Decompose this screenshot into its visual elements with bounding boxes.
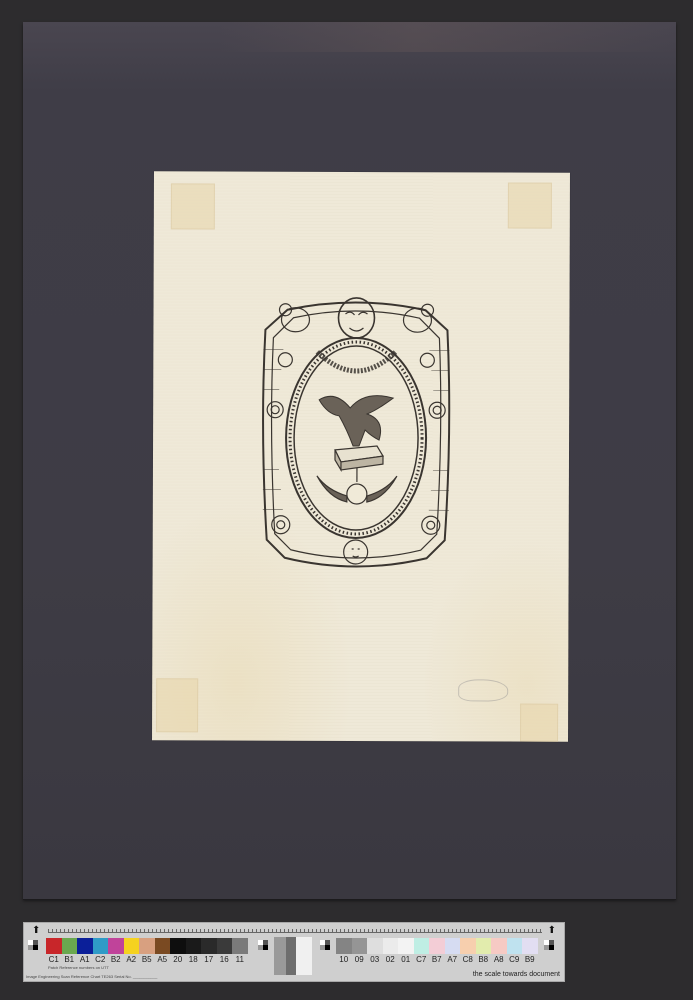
patch-c1 — [46, 938, 62, 954]
up-arrow-icon: ⬆ — [32, 926, 40, 936]
patch-a2 — [124, 938, 140, 954]
patch-c8 — [460, 938, 476, 954]
color-scale-reference-chart: ⬆ ⬆ C1 B1 A1 C2 B2 A2 B5 A5 20 18 17 16 … — [23, 922, 565, 982]
patch-a8 — [491, 938, 507, 954]
ruler: ⬆ ⬆ — [32, 926, 556, 936]
patch-11 — [232, 938, 248, 954]
paper-sheet — [152, 171, 570, 741]
patch-b9 — [522, 938, 538, 954]
patch-09 — [352, 938, 368, 954]
gray-target-icon — [258, 940, 268, 950]
patch-02 — [383, 938, 399, 954]
patch-18 — [186, 938, 202, 954]
gray-wedge-block — [274, 937, 312, 975]
tape-hinge — [508, 183, 552, 229]
patch-b1 — [62, 938, 78, 954]
paper-crease — [458, 679, 508, 701]
tape-hinge — [520, 704, 558, 742]
patch-b8 — [476, 938, 492, 954]
patch-labels-right: 10 09 03 02 01 C7 B7 A7 C8 B8 A8 C9 B9 — [336, 955, 538, 964]
patch-a7 — [445, 938, 461, 954]
patch-17 — [201, 938, 217, 954]
up-arrow-icon: ⬆ — [548, 926, 556, 936]
printers-device-engraving — [255, 290, 458, 571]
patch-labels-left: C1 B1 A1 C2 B2 A2 B5 A5 20 18 17 16 11 — [46, 955, 248, 964]
patch-c7 — [414, 938, 430, 954]
patch-a1 — [77, 938, 93, 954]
patch-c2 — [93, 938, 109, 954]
tape-hinge — [156, 678, 198, 732]
gray-target-icon — [28, 940, 38, 950]
patch-01 — [398, 938, 414, 954]
gray-target-icon — [544, 940, 554, 950]
patch-03 — [367, 938, 383, 954]
scale-direction-note: the scale towards document — [473, 971, 560, 978]
color-patches-right — [336, 938, 538, 954]
patch-a5 — [155, 938, 171, 954]
patch-c9 — [507, 938, 523, 954]
gray-target-icon — [320, 940, 330, 950]
patch-10 — [336, 938, 352, 954]
patch-b7 — [429, 938, 445, 954]
patch-b5 — [139, 938, 155, 954]
tape-hinge — [171, 183, 215, 229]
mounting-board — [23, 22, 676, 899]
color-patches-left — [46, 938, 248, 954]
patch-16 — [217, 938, 233, 954]
patch-b2 — [108, 938, 124, 954]
patch-20 — [170, 938, 186, 954]
